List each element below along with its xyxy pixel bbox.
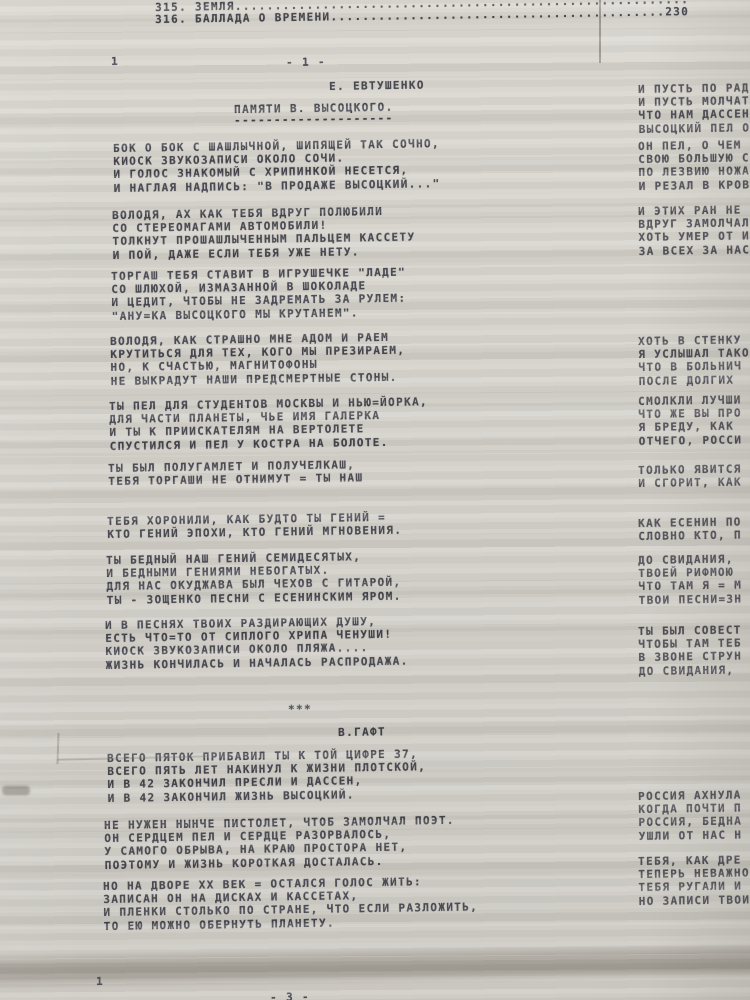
smudge-mark bbox=[2, 786, 30, 795]
scan-shadow-band bbox=[0, 942, 750, 989]
poem-stanza: ВОЛОДЯ, АХ КАК ТЕБЯ ВДРУГ ПОЛЮБИЛИ СО СТ… bbox=[112, 205, 416, 262]
right-column-fragment: И ПУСТЬ ПО РАД И ПУСТЬ МОЛЧАТ ЧТО НАМ ДА… bbox=[638, 81, 750, 135]
bottom-page-number: - 3 - bbox=[270, 990, 310, 1000]
right-column-fragment: ТЫ БЫЛ СОВЕСТ ЧТОБЫ ТАМ ТЕБ В ЗВОНЕ СТРУ… bbox=[638, 623, 750, 677]
poem-stanza: ТЫ БЕДНЫЙ НАШ ГЕНИЙ СЕМИДЕСЯТЫХ, И БЕДНЫ… bbox=[106, 550, 402, 607]
right-column-fragment: ДО СВИДАНИЯ, ТВОЕЙ РИФМОЮ ЧТО ТАМ Я = М … bbox=[638, 552, 750, 606]
poem-stanza: НЕ НУЖЕН НЫНЧЕ ПИСТОЛЕТ, ЧТОБ ЗАМОЛЧАЛ П… bbox=[104, 814, 456, 872]
right-column-fragment: ТЕБЯ, КАК ДРЕ ТЕПЕРЬ НЕВАЖНО ТЕБЯ РУГАЛИ… bbox=[638, 853, 750, 907]
poem-stanza: ТОРГАШ ТЕБЯ СТАВИТ В ИГРУШЕЧКЕ "ЛАДЕ" СО… bbox=[111, 266, 407, 323]
title-underline: -------------------- bbox=[234, 112, 394, 128]
right-column-fragment: РОССИЯ АХНУЛА КОГДА ПОЧТИ П РОССИЯ, БЕДН… bbox=[638, 788, 750, 842]
page-marker: 1 bbox=[96, 975, 104, 988]
right-column-fragment: ОН ПЕЛ, О ЧЕМ СВОЮ БОЛЬШУЮ С ПО ЛЕЗВИЮ Н… bbox=[638, 138, 750, 192]
right-column-fragment: СМОЛКЛИ ЛУЧШИ ЧТО ЖЕ ВЫ ПРО Я БРЕДУ, КАК… bbox=[638, 393, 750, 447]
poem-author: В.ГАФТ bbox=[338, 725, 386, 739]
right-column-fragment: КАК ЕСЕНИН ПО СЛОВНО КТО, П bbox=[638, 515, 750, 543]
poem-stanza: ТЫ ПЕЛ ДЛЯ СТУДЕНТОВ МОСКВЫ И НЬЮ=ЙОРКА,… bbox=[109, 395, 429, 453]
poem-stanza: ТЕБЯ ХОРОНИЛИ, КАК БУДТО ТЫ ГЕНИЙ = КТО … bbox=[107, 511, 402, 542]
poem-stanza: НО НА ДВОРЕ ХХ ВЕК = ОСТАЛСЯ ГОЛОС ЖИТЬ:… bbox=[103, 874, 478, 932]
stanza-separator: *** bbox=[288, 703, 312, 717]
page-number: - 1 - bbox=[286, 55, 326, 69]
poem-stanza: ТЫ БЫЛ ПОЛУГАМЛЕТ И ПОЛУЧЕЛКАШ, ТЕБЯ ТОР… bbox=[108, 458, 363, 488]
poem-stanza: И В ПЕСНЯХ ТВОИХ РАЗДИРАЮЩИХ ДУШУ, ЕСТЬ … bbox=[105, 615, 409, 672]
poem-stanza: ВОЛОДЯ, КАК СТРАШНО МНЕ АДОМ И РАЕМ КРУТ… bbox=[110, 331, 406, 388]
typewritten-page-photo: 315. ЗЕМЛЯ..............................… bbox=[0, 0, 750, 1000]
right-column-fragment: И ЭТИХ РАН НЕ ВДРУГ ЗАМОЛЧАЛ ХОТЬ УМЕР О… bbox=[638, 203, 750, 257]
poem-author: Е. ЕВТУШЕНКО bbox=[329, 79, 425, 94]
right-column-fragment: ТОЛЬКО ЯВИТСЯ И СГОРИТ, КАК bbox=[638, 462, 750, 490]
poem-stanza: ВСЕГО ПЯТОК ПРИБАВИЛ ТЫ К ТОЙ ЦИФРЕ 37, … bbox=[107, 747, 427, 805]
right-column-fragment: ХОТЬ В СТЕНКУ Я УСЛЫШАЛ ТАКО ЧТО В БОЛЬН… bbox=[638, 333, 750, 387]
paper-crease-vertical bbox=[56, 733, 59, 764]
page-marker: 1 bbox=[111, 55, 119, 68]
poem-stanza: БОК О БОК С ШАШЛЫЧНОЙ, ШИПЯЩЕЙ ТАК СОЧНО… bbox=[113, 137, 441, 195]
